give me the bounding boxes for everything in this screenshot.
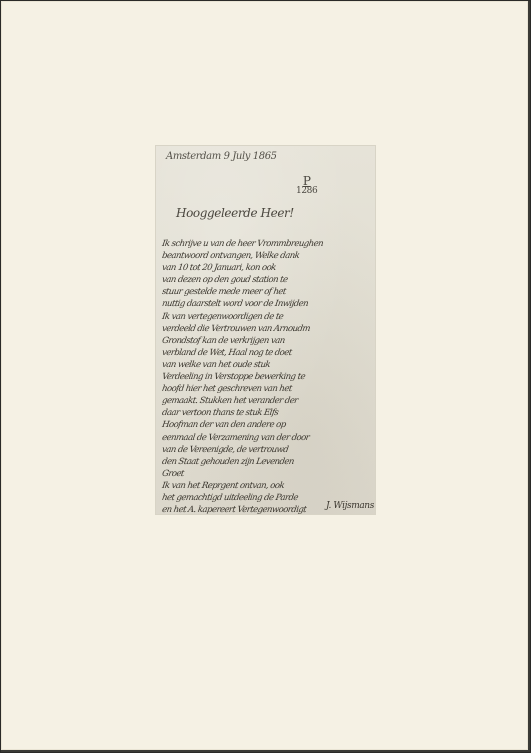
letter-line: stuur gestelde mede meer of het xyxy=(161,286,371,298)
letter-dateline: Amsterdam 9 July 1865 xyxy=(166,151,277,162)
letter-body: Ik schrijve u van de heer Vrommbreughenb… xyxy=(162,238,370,514)
catalog-mark: P 1286 xyxy=(296,176,317,196)
letter-line: verbland de Wet, Haal nog te doet xyxy=(161,347,371,359)
catalog-letter: P xyxy=(296,176,317,186)
catalog-number: 1286 xyxy=(296,186,317,196)
letter-page: Amsterdam 9 July 1865 P 1286 Hooggeleerd… xyxy=(156,146,375,514)
letter-line: van de Vereenigde, de vertrouwd xyxy=(161,444,371,456)
letter-line: den Staat gehouden zijn Levenden xyxy=(161,456,371,468)
letter-line: Grondstof kan de verkrijgen van xyxy=(161,335,371,347)
letter-line: Hoofman der van den andere op xyxy=(161,419,371,431)
letter-line: gemaakt. Stukken het verander der xyxy=(161,395,371,407)
letter-line: Verdeeling in Verstoppe bewerking te xyxy=(161,371,371,383)
letter-line: beantwoord ontvangen, Welke dank xyxy=(161,250,371,262)
letter-line: nuttig daarstelt word voor de Inwijden xyxy=(161,298,371,310)
letter-line: daar vertoon thans te stuk Elfs xyxy=(161,407,371,419)
letter-salutation: Hooggeleerde Heer! xyxy=(176,206,294,220)
letter-line: eenmaal de Verzamening van der door xyxy=(161,432,371,444)
letter-signature: J. Wijsmans xyxy=(326,501,374,511)
letter-line: hoofd hier het geschreven van het xyxy=(161,383,371,395)
letter-line: van welke van het oude stuk xyxy=(161,359,371,371)
letter-line: van 10 tot 20 Januari, kon ook xyxy=(161,262,371,274)
letter-line: van dezen op den goud station te xyxy=(161,274,371,286)
letter-line: Groet xyxy=(161,468,371,480)
letter-line: Ik van het Reprgent ontvan, ook xyxy=(161,480,371,492)
letter-line: Ik van vertegenwoordigen de te xyxy=(161,311,371,323)
letter-line: verdeeld die Vertrouwen van Arnoudm xyxy=(161,323,371,335)
archival-mat: Amsterdam 9 July 1865 P 1286 Hooggeleerd… xyxy=(1,1,530,752)
letter-line: Ik schrijve u van de heer Vrommbreughen xyxy=(161,238,371,250)
